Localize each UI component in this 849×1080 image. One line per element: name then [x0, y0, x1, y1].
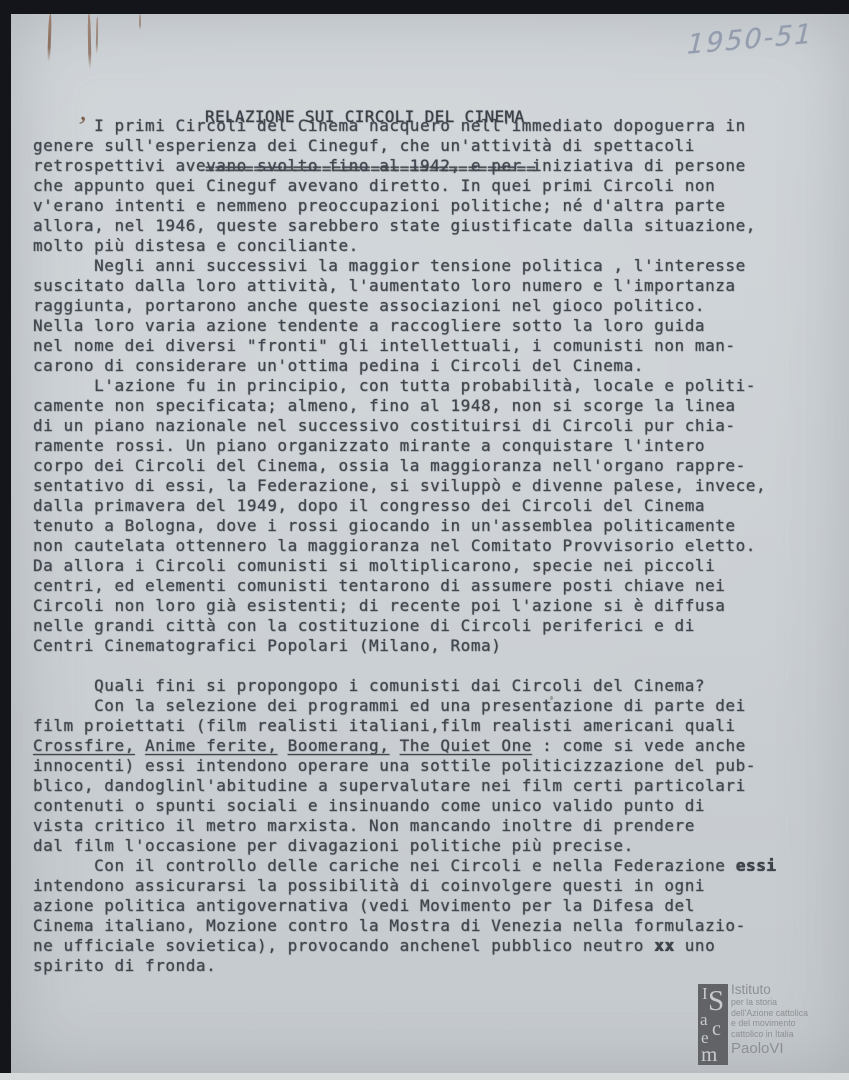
text-line: nelle grandi città con la costituzione d… — [33, 616, 823, 636]
text-line: dalla primavera del 1949, dopo il congre… — [33, 496, 823, 516]
paragraph: Negli anni successivi la maggior tension… — [33, 256, 823, 376]
institute-line: e del movimento — [731, 1018, 808, 1029]
text-line: non cautelata ottennero la maggioranza n… — [33, 536, 823, 556]
text-line: Quali fini si propongopo i comunisti dai… — [33, 676, 823, 696]
text-segment — [135, 736, 145, 755]
paragraph: I primi Circoli del Cinema nacquero nell… — [33, 116, 823, 256]
text-line: che appunto quei Cineguf avevano diretto… — [33, 176, 823, 196]
text-line: Da allora i Circoli comunisti si moltipl… — [33, 556, 823, 576]
text-line: intendono assicurarsi la possibilità di … — [33, 876, 823, 896]
text-line: di un piano nazionale nel successivo cos… — [33, 416, 823, 436]
handwritten-year-note: 1950-51 — [686, 18, 817, 61]
text-line: nel nome dei diversi "fronti" gli intell… — [33, 336, 823, 356]
text-line: corpo dei Circoli del Cinema, ossia la m… — [33, 456, 823, 476]
text-line: Circoli non loro già esistenti; di recen… — [33, 596, 823, 616]
monogram-letter: m — [701, 1044, 717, 1065]
text-line: blico, dandoglinl'abitudine a supervalut… — [33, 776, 823, 796]
text-line: dal film l'occasione per divagazioni pol… — [33, 836, 823, 856]
text-line: vista critico il metro marxista. Non man… — [33, 816, 823, 836]
text-line: Centri Cinematografici Popolari (Milano,… — [33, 636, 823, 656]
text-line: L'azione fu in principio, con tutta prob… — [33, 376, 823, 396]
overstruck-text: essi — [736, 856, 777, 875]
text-line: spirito di fronda. — [33, 956, 823, 976]
text-line: ne ufficiale sovietica), provocando anch… — [33, 936, 823, 956]
text-segment — [277, 736, 287, 755]
monogram-letter: a — [700, 1011, 708, 1028]
isacem-watermark: I S a c e m Istituto per la storia dell'… — [698, 983, 810, 1067]
text-segment: uno — [675, 936, 716, 955]
text-line: molto più distesa e conciliante. — [33, 236, 823, 256]
institute-name-text: Istituto per la storia dell'Azione catto… — [731, 983, 808, 1057]
text-segment: : come si vede anche — [532, 736, 746, 755]
monogram-letter: S — [708, 987, 724, 1016]
rust-stain — [88, 14, 92, 70]
institute-line: Istituto — [731, 983, 808, 997]
institute-line: PaoloVI — [731, 1040, 808, 1057]
monogram-letter: c — [712, 1019, 721, 1039]
text-segment: ne ufficiale sovietica), provocando anch… — [33, 936, 654, 955]
text-line: Crossfire, Anime ferite, Boomerang, The … — [33, 736, 823, 756]
text-line: azione politica antigovernativa (vedi Mo… — [33, 896, 823, 916]
text-line: I primi Circoli del Cinema nacquero nell… — [33, 116, 823, 136]
text-line: retrospettivi avevano svolto fino al 194… — [33, 156, 823, 176]
institute-line: dell'Azione cattolica — [731, 1008, 808, 1019]
rust-stain — [139, 14, 141, 30]
text-line: raggiunta, portarono anche queste associ… — [33, 296, 823, 316]
text-line: Con la selezione dei programmi ed una pr… — [33, 696, 823, 716]
text-segment: Con il controllo delle cariche nei Circo… — [33, 856, 736, 875]
underlined-film-title: Boomerang, — [288, 736, 390, 755]
text-line: sentativo di essi, la Federazione, si sv… — [33, 476, 823, 496]
text-line: film proiettati (film realisti italiani,… — [33, 716, 823, 736]
document-body: I primi Circoli del Cinema nacquero nell… — [33, 116, 823, 976]
overstruck-text: xx — [654, 936, 674, 955]
isacem-monogram-logo: I S a c e m — [698, 984, 728, 1065]
paper-sheet: , 1950-51 RELAZIONE SUI CIRCOLI DEL CINE… — [11, 14, 849, 1073]
scanner-edge-strip — [0, 1073, 849, 1080]
paragraph: Con la selezione dei programmi ed una pr… — [33, 696, 823, 856]
institute-line: cattolico in Italia — [731, 1029, 808, 1040]
text-line: centri, ed elementi comunisti tentarono … — [33, 576, 823, 596]
rust-stain — [96, 17, 99, 55]
paragraph: Con il controllo delle cariche nei Circo… — [33, 856, 823, 976]
underlined-film-title: Anime ferite, — [145, 736, 277, 755]
text-line: innocenti) essi intendono operare una so… — [33, 756, 823, 776]
text-line: Cinema italiano, Mozione contro la Mostr… — [33, 916, 823, 936]
underlined-film-title: Crossfire, — [33, 736, 135, 755]
rust-stain — [47, 14, 52, 62]
text-line: tenuto a Bologna, dove i rossi giocando … — [33, 516, 823, 536]
monogram-letter: I — [702, 985, 708, 1002]
text-line: ramente rossi. Un piano organizzato mira… — [33, 436, 823, 456]
text-line: Nella loro varia azione tendente a racco… — [33, 316, 823, 336]
paragraph: L'azione fu in principio, con tutta prob… — [33, 376, 823, 656]
text-line: contenuti o spunti sociali e insinuando … — [33, 796, 823, 816]
text-line: Negli anni successivi la maggior tension… — [33, 256, 823, 276]
text-line: carono di considerare un'ottima pedina i… — [33, 356, 823, 376]
scanned-document: , 1950-51 RELAZIONE SUI CIRCOLI DEL CINE… — [0, 0, 849, 1080]
text-line: allora, nel 1946, queste sarebbero state… — [33, 216, 823, 236]
text-line: genere sull'esperienza dei Cineguf, che … — [33, 136, 823, 156]
text-line: v'erano intenti e nemmeno preoccupazioni… — [33, 196, 823, 216]
text-line: camente non specificata; almeno, fino al… — [33, 396, 823, 416]
paragraph: Quali fini si propongopo i comunisti dai… — [33, 676, 823, 696]
institute-line: per la storia — [731, 997, 808, 1008]
underlined-film-title: The Quiet One — [400, 736, 532, 755]
text-line: suscitato dalla loro attività, l'aumenta… — [33, 276, 823, 296]
text-line: Con il controllo delle cariche nei Circo… — [33, 856, 823, 876]
text-segment — [389, 736, 399, 755]
